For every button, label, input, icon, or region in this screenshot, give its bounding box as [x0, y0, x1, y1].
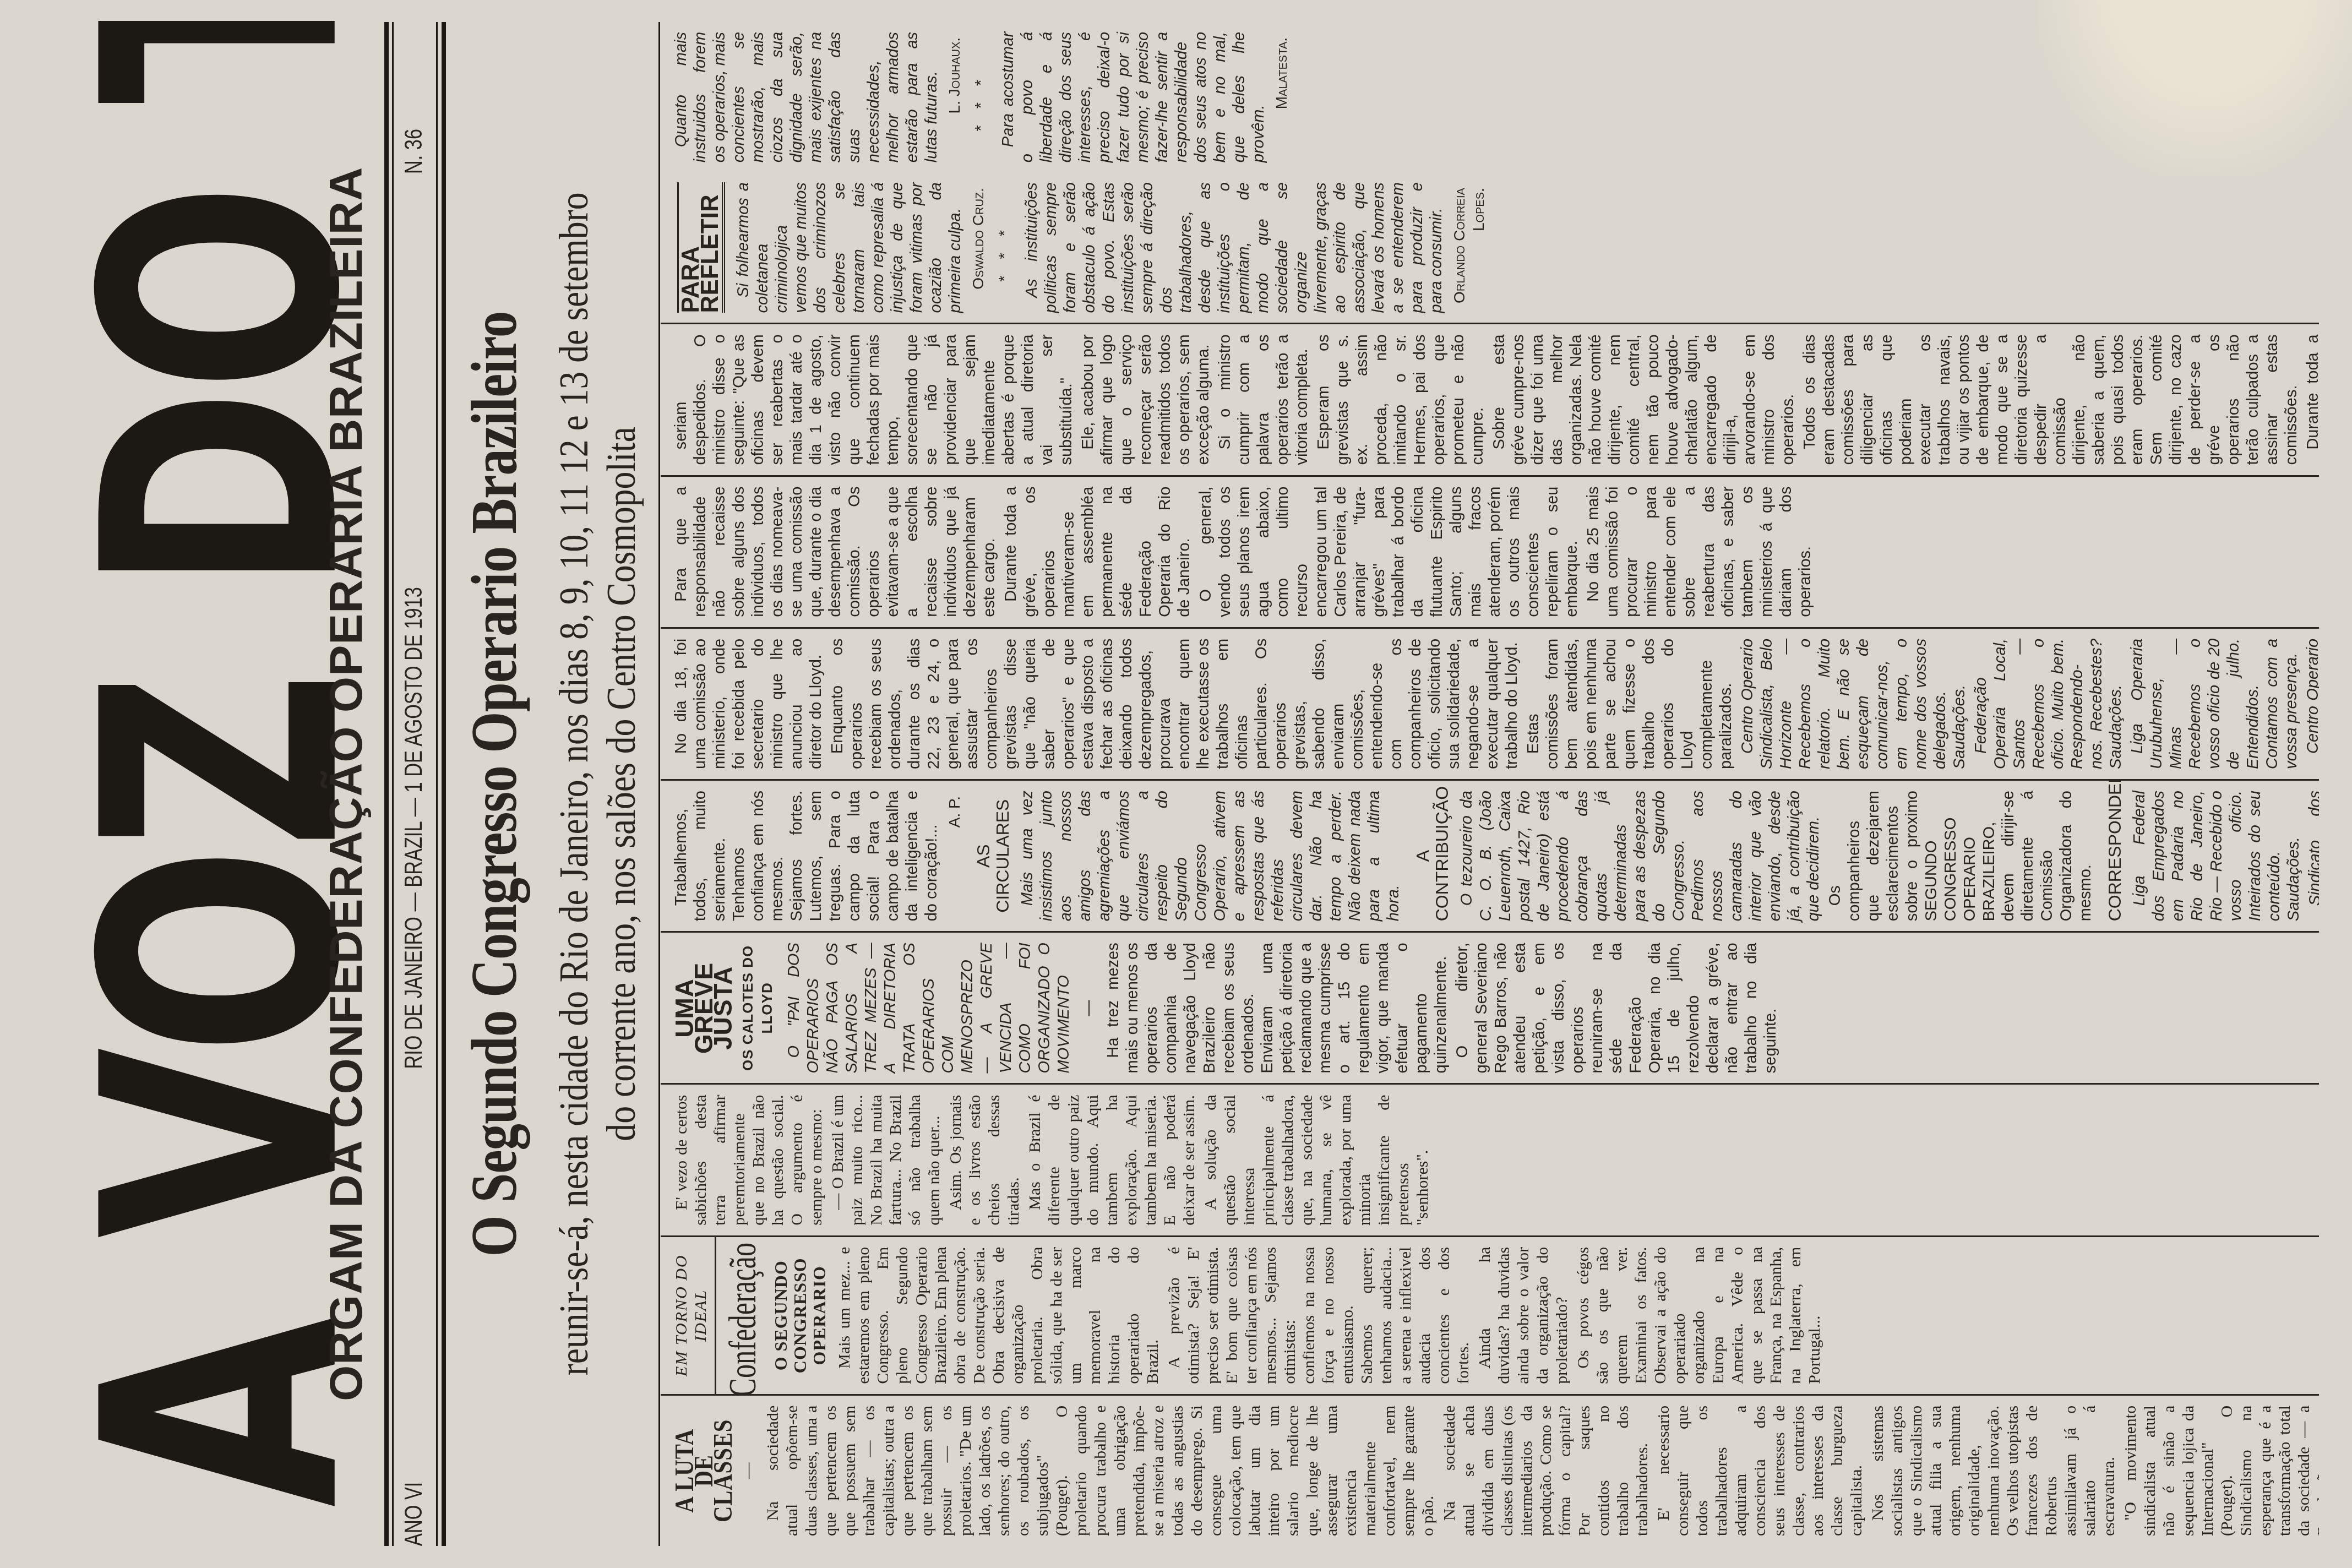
paragraph: — O Brazil é um paiz muito rico... No Br…: [828, 1095, 944, 1225]
column-para-refletir: PARA REFLETIR Si folhearmos a coletanea …: [661, 172, 2319, 324]
section-title-para-refletir: PARA REFLETIR: [677, 182, 725, 313]
paragraph: E' vezo de certos sabichões desta terra …: [672, 1095, 826, 1225]
article-columns: A LUTA DE CLASSES — Na sociedade atual o…: [661, 22, 2319, 1546]
paragraph: Esperam os grevistas que s. ex. assim pr…: [1314, 334, 1488, 465]
paragraph: "O movimento sindicalista atual não é si…: [2121, 1406, 2319, 1536]
paragraph: Todos os dias eram destacadas comissões …: [1800, 334, 2301, 465]
rule-top: [384, 22, 389, 1546]
paragraph: seriam despedidos. O ministro disse o se…: [672, 334, 1076, 465]
paragraph: Na sociedade atual se acha dividida em d…: [1440, 1406, 1652, 1536]
column-para-refletir-2: Quanto mais instruidos forem os operario…: [661, 22, 2319, 172]
paragraph: Mais um mez... e estaremos em pleno Cong…: [835, 1247, 1162, 1384]
column-confederacao-cont: E' vezo de certos sabichões desta terra …: [661, 1085, 2319, 1237]
year-label: ANO VI: [400, 1482, 428, 1546]
article-subtitle: OS CALOTES DO LLOYD: [738, 943, 777, 1073]
paragraph: Na sociedade atual opõem-se duas classes…: [763, 1406, 1438, 1536]
author-signature: A. P.: [945, 796, 964, 916]
sub-headline-line2: do corrente ano, nos salões do Centro Co…: [598, 129, 645, 1439]
paragraph: Durante toda a gréve, os operarios manti…: [2304, 334, 2319, 465]
column-greve-justa: UMA GREVE JUSTA OS CALOTES DO LLOYD O "P…: [661, 933, 2319, 1085]
quote-author: L. Jouhaux.: [945, 37, 964, 157]
correspondence-entry: Liga Operaria Urubuhense, Minas — Recebe…: [2128, 639, 2301, 769]
paragraph: A previzão é otimista? Seja! E' preciso …: [1164, 1247, 1473, 1384]
correspondence-entry: Federação Operaria Local, Santos — Receb…: [1972, 639, 2126, 769]
paragraph: Para que a responsabilidade não recaisse…: [672, 487, 999, 617]
divider: —: [1079, 943, 1098, 1073]
paragraph: Sobre esta gréve cumpre-nos dizer que fo…: [1490, 334, 1798, 465]
asterism: ***: [972, 32, 991, 162]
correspondence-entry: Centro Operario B. e I. de Jahú — Recebe…: [2304, 639, 2319, 769]
paragraph: Ele, acabou por afirmar que logo que o s…: [1079, 334, 1213, 465]
place-date: RIO DE JANEIRO — BRAZIL — 1 DE AGOSTO DE…: [400, 587, 428, 1069]
paragraph: Ha trez mezes mais ou menos os operarios…: [1104, 943, 1451, 1073]
paragraph: Ainda ha duvidas? ha duvidas ainda sobre…: [1475, 1247, 1571, 1384]
correspondence-entry: Liga Federal dos Empregados em Padaria n…: [2130, 791, 2304, 921]
article-subhead: O SEGUNDO CONGRESSO OPERARIO: [771, 1247, 829, 1384]
paragraph: No dia 18, foi uma comissão ao ministeri…: [672, 639, 826, 769]
paragraph: Os povos cégos são os que não querem ver…: [1574, 1247, 1824, 1384]
column-circulares: Trabalhemos, todos, muito seriamente. Te…: [661, 781, 2319, 933]
paragraph: Asim. Os jornais e os livros estão cheio…: [946, 1095, 1023, 1225]
column-confederacao: EM TORNO DO IDEAL Confederação Operaria …: [661, 1237, 2319, 1396]
section-title-correspondencia: CORRESPONDENCIA: [2105, 791, 2125, 921]
column-lloyd-cont-2: Para que a responsabilidade não recaisse…: [661, 477, 2319, 629]
section-title-circulares: AS CIRCULARES: [974, 791, 1012, 921]
quote: Quanto mais instruidos forem os operario…: [672, 32, 941, 162]
main-headline: O Segundo Congresso Operario Brazileiro: [457, 159, 532, 1409]
correspondence-entry: Sindicato dos Sapateiros e Chauffeurs, S…: [2306, 791, 2319, 921]
newspaper-page: A VOZ DO TRABALHADOR ORGAM DA CONFEDERAÇ…: [0, 0, 2352, 1568]
quote: Para acostumar o povo á liberdade e á di…: [999, 32, 1268, 162]
paragraph: O general, vendo todos os seus planos ir…: [1196, 487, 1582, 617]
rule-bottom-thin: [436, 22, 438, 1546]
correspondence-entry: Centro Operario Sindicalista, Belo Horiz…: [1738, 639, 1969, 769]
sub-headline: reunir-se-á, nesta cidade do Rio de Jane…: [551, 129, 645, 1439]
article-title: A LUTA DE CLASSES: [675, 1415, 733, 1527]
dateline: ANO VI RIO DE JANEIRO — BRAZIL — 1 DE AG…: [392, 129, 436, 1546]
section-title-contribuicao: A CONTRIBUIÇÃO: [1413, 791, 1452, 921]
paragraph: Mas o Brazil é diferente de qualquer out…: [1025, 1095, 1199, 1225]
kicker: EM TORNO DO IDEAL: [672, 1247, 710, 1384]
rule-bottom: [442, 22, 446, 1546]
paragraph: Nos sistemas socialistas antigos que o S…: [1868, 1406, 2119, 1536]
article-title: UMA GREVE JUSTA: [675, 943, 733, 1073]
masthead-subtitle: ORGAM DA CONFEDERAÇÃO OPERARIA BRAZILEIR…: [319, 0, 373, 1568]
paragraph: O tezoureiro da C. O. B. (João Leuenroth…: [1457, 791, 1823, 921]
paragraph: Trabalhemos, todos, muito seriamente. Te…: [672, 791, 941, 921]
issue-number: N. 36: [400, 129, 428, 174]
paragraph: Mais uma vez insistimos junto aos nossos…: [1018, 791, 1403, 921]
sub-headline-line1: reunir-se-á, nesta cidade do Rio de Jane…: [551, 129, 598, 1439]
paragraph: Os companheiros que dezejarem esclarecim…: [1826, 791, 2095, 921]
rule-columns: [658, 22, 660, 1546]
quote: Si folhearmos a coletanea criminolojica …: [734, 182, 965, 313]
paragraph: No dia 25 mais uma comissão foi procurar…: [1584, 487, 1815, 617]
paragraph: A solução da questão social interessa pr…: [1201, 1095, 1432, 1225]
paragraph: E' necessario conseguir que todos os tra…: [1654, 1406, 1866, 1536]
asterism: ***: [995, 182, 1015, 313]
column-ministro: seriam despedidos. O ministro disse o se…: [661, 324, 2319, 476]
paragraph: Estas comissões foram bem atendidas, poi…: [1524, 639, 1736, 769]
column-lloyd-cont: No dia 18, foi uma comissão ao ministeri…: [661, 629, 2319, 781]
lede: O "PAI DOS OPERARIOS NÃO PAGA OS SALARIO…: [785, 943, 1074, 1073]
column-luta-de-classes: A LUTA DE CLASSES — Na sociedade atual o…: [661, 1396, 2319, 1546]
quote-author: Oswaldo Cruz.: [968, 188, 988, 307]
article-title: Confederação Operaria Brazileira: [715, 1237, 766, 1396]
paragraph: O diretor, general Severiano Rego Barros…: [1453, 943, 1781, 1073]
title-dash: —: [738, 1406, 758, 1536]
quote: As instituições politicas sempre foram e…: [1022, 182, 1446, 313]
quote-author: Malatesta.: [1272, 37, 1291, 157]
paragraph: Si o ministro cumprir com a palavra os o…: [1216, 334, 1312, 465]
paragraph: Durante toda a gréve, os operarios manti…: [1001, 487, 1194, 617]
paragraph: Enquanto os operarios recebiam os seus o…: [828, 639, 1522, 769]
quote-author: Orlando Correia Lopes.: [1450, 188, 1488, 307]
